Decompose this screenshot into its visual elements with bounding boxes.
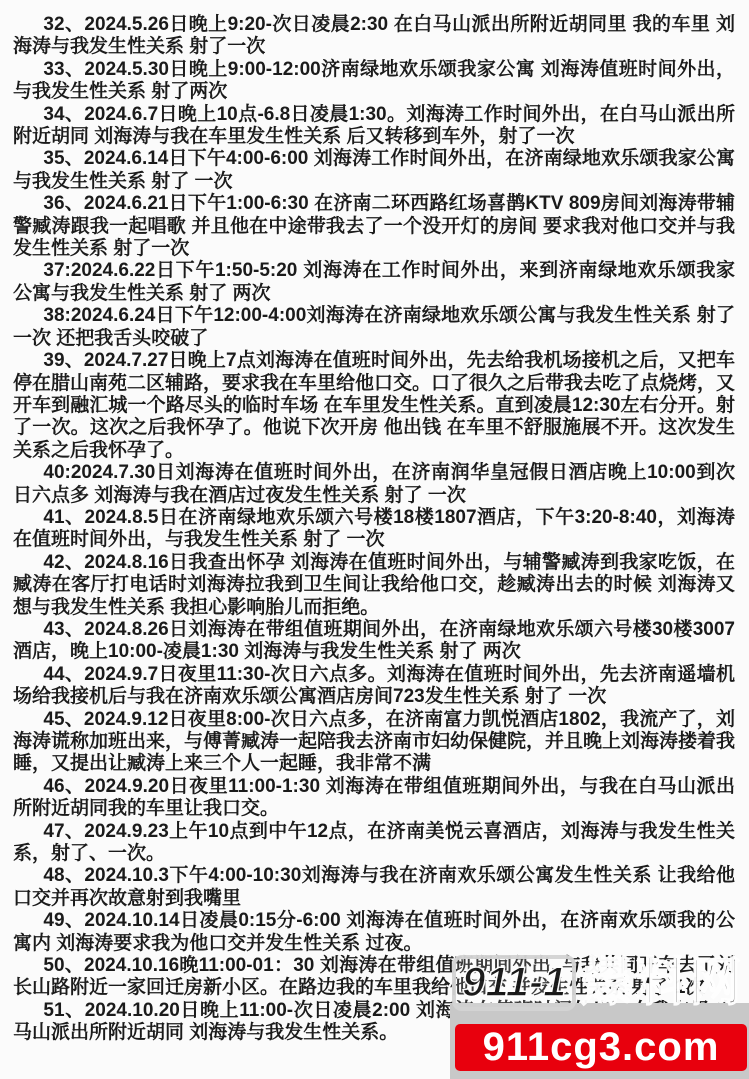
paragraph: 44、2024.9.7日夜里11:30-次日六点多。刘海涛在值班时间外出，先去济… <box>13 664 735 709</box>
paragraph: 39、2024.7.27日晚上7点刘海涛在值班时间外出，先去给我机场接机之后，又… <box>13 350 735 462</box>
paragraph: 34、2024.6.7日晚上10点-6.8日凌晨1:30。刘海涛工作时间外出，在… <box>13 104 735 149</box>
watermark-logo: 911-1 爆料网 <box>452 953 749 1013</box>
watermark-logo-number: 911-1 <box>452 955 576 1011</box>
watermark-logo-name: 爆料网 <box>581 957 743 1009</box>
paragraph: 41、2024.8.5日在济南绿地欢乐颂六号楼18楼1807酒店，下午3:20-… <box>13 507 735 552</box>
paragraph: 48、2024.10.3下午4:00-10:30刘海涛与我在济南欢乐颂公寓发生性… <box>13 865 735 910</box>
paragraph: 45、2024.9.12日夜里8:00-次日六点多，在济南富力凯悦酒店1802，… <box>13 709 735 776</box>
paragraph: 40:2024.7.30日刘海涛在值班时间外出，在济南润华皇冠假日酒店晚上10:… <box>13 462 735 507</box>
paragraph: 47、2024.9.23上午10点到中午12点，在济南美悦云喜酒店，刘海涛与我发… <box>13 821 735 866</box>
paragraph: 36、2024.6.21日下午1:00-6:30 在济南二环西路红场喜鹊KTV … <box>13 193 735 260</box>
paragraph: 37:2024.6.22日下午1:50-5:20 刘海涛在工作时间外出，来到济南… <box>13 260 735 305</box>
document-page: 32、2024.5.26日晚上9:20-次日凌晨2:30 在白马山派出所附近胡同… <box>0 0 749 1079</box>
document-text: 32、2024.5.26日晚上9:20-次日凌晨2:30 在白马山派出所附近胡同… <box>13 14 735 1045</box>
paragraph: 46、2024.9.20日夜里11:00-1:30 刘海涛在带组值班期间外出，与… <box>13 776 735 821</box>
paragraph: 43、2024.8.26日刘海涛在带组值班期间外出，在济南绿地欢乐颂六号楼30楼… <box>13 619 735 664</box>
paragraph: 42、2024.8.16日我查出怀孕 刘海涛在值班时间外出，与辅警臧涛到我家吃饭… <box>13 552 735 619</box>
paragraph: 49、2024.10.14日凌晨0:15分-6:00 刘海涛在值班时间外出，在济… <box>13 910 735 955</box>
watermark-site-url: 911cg3.com <box>455 1024 747 1071</box>
paragraph: 38:2024.6.24日下午12:00-4:00刘海涛在济南绿地欢乐颂公寓与我… <box>13 305 735 350</box>
paragraph: 33、2024.5.30日晚上9:00-12:00济南绿地欢乐颂我家公寓 刘海涛… <box>13 59 735 104</box>
paragraph: 35、2024.6.14日下午4:00-6:00 刘海涛工作时间外出，在济南绿地… <box>13 148 735 193</box>
paragraph: 32、2024.5.26日晚上9:20-次日凌晨2:30 在白马山派出所附近胡同… <box>13 14 735 59</box>
